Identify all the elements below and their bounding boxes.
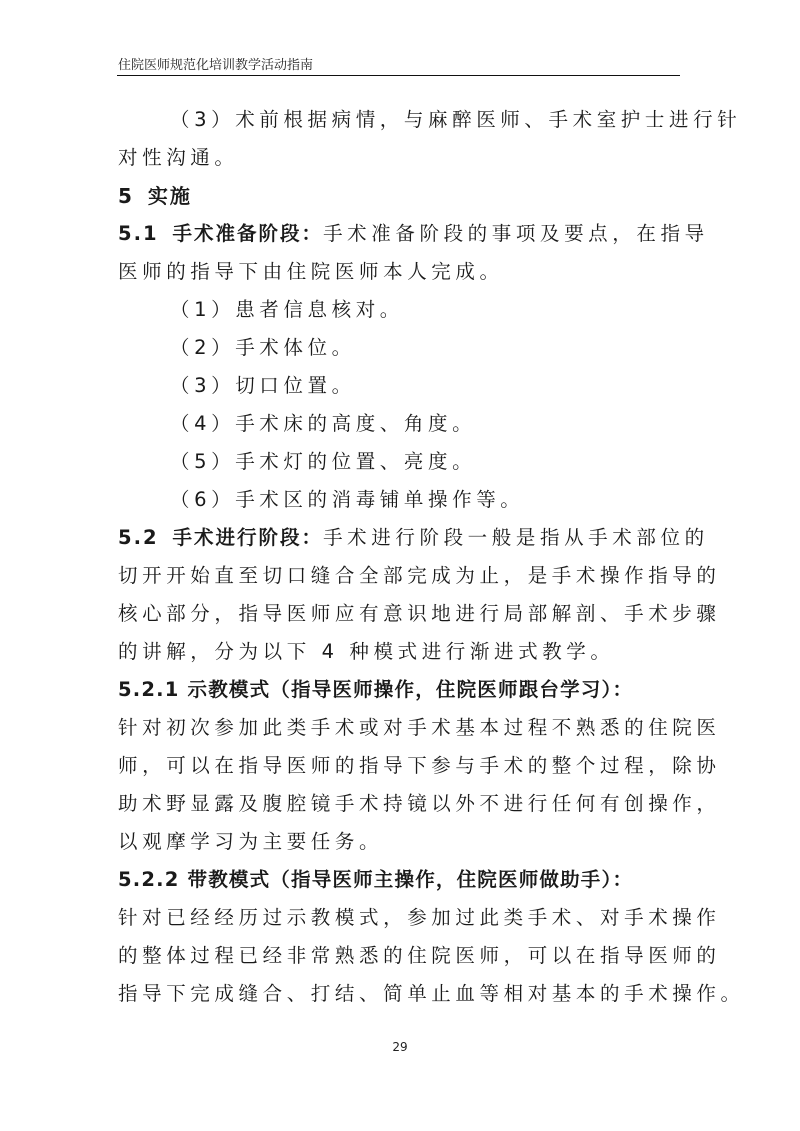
paragraph-line: 指导下完成缝合、打结、简单止血等相对基本的手术操作。 [118, 982, 680, 1006]
list-item: （3）切口位置。 [170, 374, 732, 398]
list-item: （6）手术区的消毒铺单操作等。 [170, 488, 732, 512]
paragraph-line: 的讲解，分为以下 4 种模式进行渐进式教学。 [118, 640, 680, 664]
paragraph-line: 针对初次参加此类手术或对手术基本过程不熟悉的住院医 [118, 716, 680, 740]
list-item: （2）手术体位。 [170, 336, 732, 360]
section-number: 5.2 [118, 526, 159, 549]
list-item: （4）手术床的高度、角度。 [170, 412, 732, 436]
section-heading-5-2-1: 5.2.1 示教模式（指导医师操作，住院医师跟台学习）： [118, 678, 680, 702]
paragraph-line: 以观摩学习为主要任务。 [118, 830, 680, 854]
paragraph-line: 对性沟通。 [118, 146, 680, 170]
section-number: 5 [118, 184, 134, 208]
section-5-1-line: 5.1手术准备阶段：手术准备阶段的事项及要点，在指导 [118, 222, 680, 246]
paragraph-line: 师，可以在指导医师的指导下参与手术的整个过程，除协 [118, 754, 680, 778]
section-text: 手术准备阶段的事项及要点，在指导 [323, 222, 709, 245]
list-item: （1）患者信息核对。 [170, 298, 732, 322]
header-rule [117, 75, 680, 76]
paragraph-line: 助术野显露及腹腔镜手术持镜以外不进行任何有创操作， [118, 792, 680, 816]
paragraph-line: 针对已经经历过示教模式，参加过此类手术、对手术操作 [118, 906, 680, 930]
section-title: 手术准备阶段： [173, 222, 324, 245]
section-title: 实施 [148, 184, 192, 208]
paragraph-line: 医师的指导下由住院医师本人完成。 [118, 260, 680, 284]
section-number: 5.1 [118, 222, 159, 245]
paragraph-line: 的整体过程已经非常熟悉的住院医师，可以在指导医师的 [118, 944, 680, 968]
paragraph-line: （3）术前根据病情，与麻醉医师、手术室护士进行针 [170, 108, 732, 132]
page-number: 29 [0, 1040, 800, 1054]
running-header: 住院医师规范化培训教学活动指南 [118, 54, 313, 73]
section-heading-5-2-2: 5.2.2 带教模式（指导医师主操作，住院医师做助手）： [118, 868, 680, 892]
paragraph-line: 核心部分，指导医师应有意识地进行局部解剖、手术步骤 [118, 602, 680, 626]
list-item: （5）手术灯的位置、亮度。 [170, 450, 732, 474]
section-title: 手术进行阶段： [173, 526, 324, 549]
paragraph-line: 切开开始直至切口缝合全部完成为止，是手术操作指导的 [118, 564, 680, 588]
section-text: 手术进行阶段一般是指从手术部位的 [323, 526, 709, 549]
section-heading-5: 5实施 [118, 184, 680, 208]
section-5-2-line: 5.2手术进行阶段：手术进行阶段一般是指从手术部位的 [118, 526, 680, 550]
